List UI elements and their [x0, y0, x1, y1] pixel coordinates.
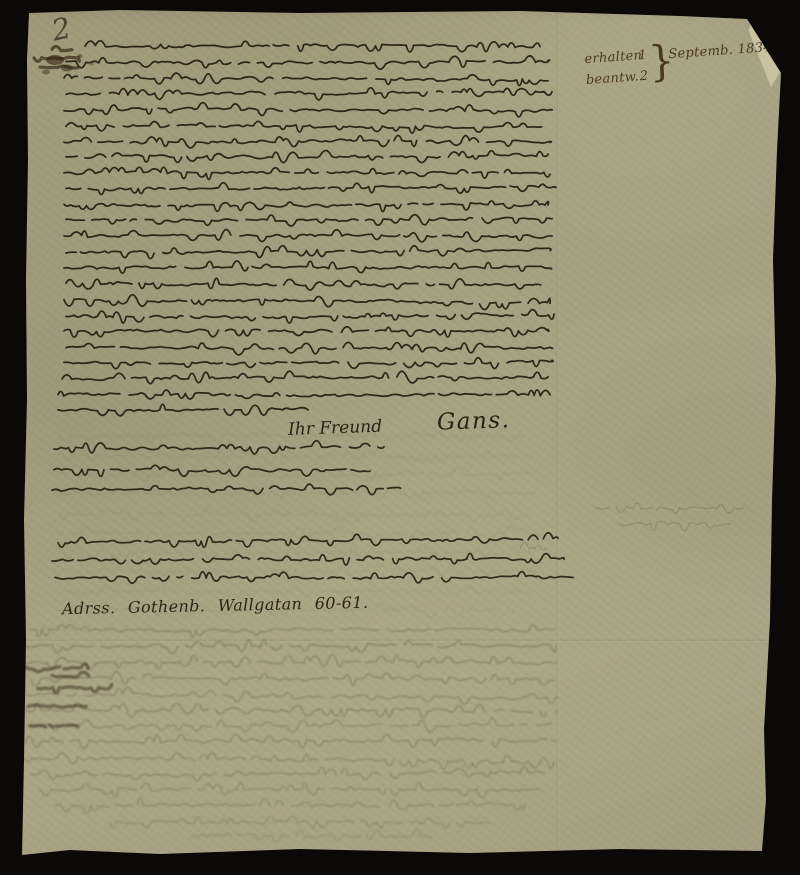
photograph-background: 2 erhalten 1 beantw. 2 } Septemb. 1834 I…: [0, 0, 800, 875]
note-received-value: 1: [638, 48, 648, 64]
bleedthrough-lower-lines: [24, 625, 558, 842]
main-text-lines: [58, 41, 556, 416]
letter-page: 2 erhalten 1 beantw. 2 } Septemb. 1834 I…: [0, 0, 800, 875]
note-answered-value: 2: [639, 69, 649, 85]
handwriting-svg: [0, 0, 800, 875]
postscript-1-lines: [52, 441, 401, 495]
signature-name: Gans.: [436, 407, 510, 436]
note-received-label: erhalten: [584, 48, 639, 67]
pencil-scribble: [520, 503, 744, 550]
signature-prefix: Ihr Freund: [288, 417, 383, 440]
bleedthrough-upper-lines: [55, 430, 541, 617]
postscript-2-lines: [52, 533, 573, 584]
